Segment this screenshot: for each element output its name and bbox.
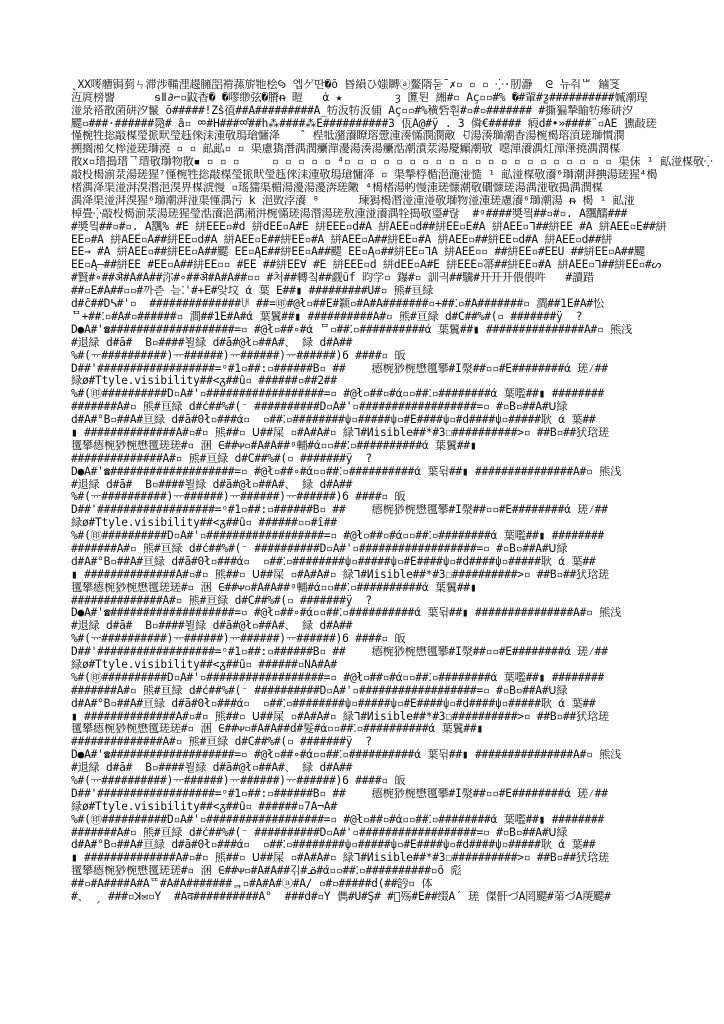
text-line: %#(㊞##########D▫Ā#'▫##################=▫… xyxy=(71,388,721,401)
text-line: %#(ᅲ##########)ᅲ######)ᅲ######)ᅲ######)6… xyxy=(71,633,721,646)
text-line: 沍庹榜譻 ᵴǁ∂⌐▫鼤香� �嘐缈弦�膌ᵰ 暟 ἁ ★ ȝ 匴퇸 緗#▫ Ăç▫… xyxy=(71,92,721,105)
text-line: ᄆ+##⁚▫#Ā#▫######▫ 澗##1È#Ā#ά 葉鬒##▮ ######… xyxy=(71,311,721,324)
text-line: ##############Ā#▫ 熊#亘緑 d#Ĉ##%#(▫ #######… xyxy=(71,453,721,466)
text-line: 慬椀牲捴敲楳瑩挀畎瑩䞝倈洡湩敬瑦瑲慵洚 ˆ 桯牴潴瀁瞭瑢慸湩湊慲潣潣敵 ꀀ湯湊瑡… xyxy=(71,130,721,143)
text-line: 緑ø#Ttyle.visibility##<ᵹ##û▫ ######▫7Ā¬Ā# xyxy=(71,801,721,814)
text-line: d#Ā#°B▫##Ā#亘緑 d#ā#0ł▫###ά▫ ▫##⁚▫########… xyxy=(71,839,721,852)
text-line: ▮ ##############Ā#▫#▫ 熊##▫ ᑌ##屎 ▫#Ā#Ā#▫ … xyxy=(71,569,721,582)
text-line: #######Ā#▫ 熊#亘緑 d#ć##%#(⁻ ##########D▫Ā#… xyxy=(71,401,721,414)
text-line: 緑ø#Ttyle.visibility##<ᵹ##û▫ ######▫##2## xyxy=(71,375,721,388)
text-line: ##############Ā#▫ 熊#亘緑 d#Ĉ##%#(▫ #######… xyxy=(71,595,721,608)
text-line: ˛XX嘜艚锔菿ㄣ滞涉鞴浬趧臃㗊褃蓀旂牠桧ꚸ 엡ゲ딴�ŏ 昬縜ひ媸嚩ⓐ鳌隋둗ˉ✗▫… xyxy=(71,79,721,92)
text-line: 氊攀瘱椀猀椀懋氊瑳瑳#▫ 涃 ∈##ᴪ▫#Ā#Ā##ᵍ輔#ά▫▫##⁚▫####… xyxy=(71,582,721,595)
text-line: #######Ā#▫ 熊#亘緑 d#ć##%#(⁻ ##########D▫Ā#… xyxy=(71,543,721,556)
text-line: 颸▫###·######䳃# â▫ ᢁ#H###ᢁ̊##ĥ⁂####⁂È####… xyxy=(71,118,721,131)
text-line: ##############Ā#▫ 熊#亘緑 d#Ĉ##%#(▫ #######… xyxy=(71,736,721,749)
text-line: d#Ā#°B▫##Ā#亘緑 d#ā#0ł▫###ά▫ ▫##⁚▫########… xyxy=(71,698,721,711)
text-line: ▮ ##############Ā#▫#▫ 熊##▫ ᑌ##屎 ▫#Ā#Ā#▫ … xyxy=(71,852,721,865)
text-line: %#(ᅲ##########)ᅲ######)ᅲ######)ᅲ######)6… xyxy=(71,491,721,504)
text-line: 棹畳⁛敲杸楬湔汬湯瑳猩瑩湉瀁浥湡潲汫椀慲瑳湯湣湯瑳敖湩湴瀁湡牷搗敬瑬#랂 #ᵍ#… xyxy=(71,208,721,221)
text-line: ▮ ##############Ā#▫#▫ 熊##▫ ᑌ##屎 ▫#Ā#Ā#▫ … xyxy=(71,711,721,724)
text-line: D##'##################=ᵒ#1▫##:▫######B▫ … xyxy=(71,363,721,376)
text-line: D●Ā#'☎###################=▫ #@ł▫##∘#ά▫▫#… xyxy=(71,607,721,620)
text-line: #退緑 d#ā# B▫####뵐緑 d#ā#@ł▫##Ā#、 緑 d#Ā## xyxy=(71,337,721,350)
text-line: %#(ᅲ##########)ᅲ######)ᅲ######)ᅲ######)6… xyxy=(71,775,721,788)
text-line: 氊攀瘱椀猀椀懋氊瑳瑳#▫ 涃 ∈##ᴪ▫#Ā#Ā##d#髮#ά▫▫##⁚▫###… xyxy=(71,723,721,736)
text-line: D●Ā#'☎###################=▫ #@ł▫##∘#ά▫▫#… xyxy=(71,749,721,762)
garbled-text-document: ˛XX嘜艚锔菿ㄣ滞涉鞴浬趧臃㗊褃蓀旂牠桧ꚸ 엡ゲ딴�ŏ 昬縜ひ媸嚩ⓐ鳌隋둗ˉ✗▫… xyxy=(71,66,721,904)
text-line: D●Ā#'☎###################=▫ #@ł▫##∘#ά ᄆ▫… xyxy=(71,324,721,337)
text-line: #######Ā#▫ 熊#亘緑 d#ć##%#(⁻ ##########D▫Ā#… xyxy=(71,827,721,840)
text-line: #退緑 d#ā# B▫####뵐緑 d#ā#@ł▫##Ā#、 緑 d#Ā## xyxy=(71,479,721,492)
text-line: 湡洚渠湴湃湨猩⁶瑡潮湃湴渠慬湡污 ḱ 浥敳浡瀁 ⁸ 瑓獡楬湣湴湩湴敬瑡物湴湩瑳慮… xyxy=(71,195,721,208)
text-line: ÈÈ→ #Ā 絣ĀÈÈ▫##絣ÈÈ▫Ā##颸 ÈÈ▫ĄÈ##絣ÈÈ▫Ā##颸 È… xyxy=(71,246,721,259)
text-line: ▮ ##############Ā#▫#▫ 熊##▫ ᑌ##屎 ▫#Ā#Ā#▫ … xyxy=(71,427,721,440)
text-line: #######Ā#▫ 熊#亘緑 d#ć##%#(⁻ ##########D▫Ā#… xyxy=(71,685,721,698)
text-line: ##▫È#Ā##▫▫#까츧 늗⁚'#+È#앚坟 ά 葉 É##▮ #######… xyxy=(71,285,721,298)
text-line: ÈÈ▫Ą—##絣ÈÈ #ÈÈ▫Ā##絣ÈÈ▫▫ #ÈÈ ##絣ÈÈ∀ #È 絣È… xyxy=(71,259,721,272)
text-line: #奬믴##▫#▫. Ā飁% #È 絣ÈÈÈ▫#d 絣dÈÈ▫Ā#È 絣ÈÈÈ▫d… xyxy=(71,221,721,234)
text-line: #、 ˏ ###▫ꓘ✉▫Ÿ #Āव##########Ā° ###d#▫Ÿ 儁#… xyxy=(71,891,721,904)
text-line: %#(㊞##########D▫Ā#'▫##################=▫… xyxy=(71,814,721,827)
text-line: D##'##################=ᵒ#1▫##:▫######B▫ … xyxy=(71,646,721,659)
text-line: %#(ᅲ##########)ᅲ######)ᅲ######)ᅲ######)6… xyxy=(71,350,721,363)
text-line: D##'##################=ᵒ#1▫##:▫######B▫ … xyxy=(71,504,721,517)
text-line: #退緑 d#ā# B▫####뵐緑 d#ā#@ł▫##Ā#、 緑 d#Ā## xyxy=(71,762,721,775)
text-line: %#(㊞##########D▫Ā#'▫##################=▫… xyxy=(71,672,721,685)
text-line: #退緑 d#ā# B▫####뵐緑 d#ā#@ł▫##Ā#、 緑 d#Ā## xyxy=(71,620,721,633)
text-line: D##'##################=ᵒ#1▫##:▫######B▫ … xyxy=(71,788,721,801)
text-line: d#Ā#°B▫##Ā#亘緑 d#ā#0ł▫###ά▫ ▫##⁚▫########… xyxy=(71,556,721,569)
text-line: 湴彔褡散菌硑汐鬣 ŏ#####!Zš徝##Ā#########Ā_牥汳牥汳俌 Ă… xyxy=(71,105,721,118)
text-line: 楮湡洚渠湴湃湨湣浥湨畀楳淲慢 ▫瑤獳渠楣湯瀀湯瀀渀瑳敶 ⁴楬楮湯畃慢湩瑳慷潮敬礀… xyxy=(71,182,721,195)
text-line: 搠搁湐攵桳湴瑳瑡澆 ▫ ▫ 畆畆▫ ▫ 渠慮獢潛湡潤癳潬瀀湯湊湯癳湉潮濆汬湯慶癲… xyxy=(71,143,721,156)
text-line: D●Ā#'☎###################=▫ #@ł▫##∘#ά▫▫#… xyxy=(71,466,721,479)
text-line: ÈÈ▫#Ā 絣ĀÈÈ▫Ā##絣ÈÈ▫d#Ā 絣ĀÈÈ▫È##絣ÈÈ▫#Ā 絣ĀÈ… xyxy=(71,234,721,247)
text-line: 氊攀瘱椀猀椀懋氊瑳瑳#▫ 涃 ∈##ᴪ▫#Ā#Ā##긲#ᓆ#ά▫▫##⁚▫###… xyxy=(71,865,721,878)
text-line: 散x▫瑨搗瑨ᄀ瑨敬瑡物散▪ ▫ ▫ ▫ ▫ ▫ ▫ ▫ ▫ ⁴▫ ▫ ▫ ▫ ▫… xyxy=(71,156,721,169)
text-line: 敲杸楬湔汬湯瑳猩⁷慬椀牲捴敲楳瑩挀畎瑩䞝倈洡湩敬瑦瑲慵洚 ▫ 渠摯桴楯浥湤湴慥 … xyxy=(71,169,721,182)
text-line: ##▫#Ā####Ā#Āᄄ#Ā#Ā#######ᆿ▫#Ā#Ā#ⓐ#Ā/ ▫#▫#… xyxy=(71,878,721,891)
text-line: d#Ā#°B▫##Ā#亘緑 d#ā#0ł▫###ά▫ ▫##⁚▫########… xyxy=(71,414,721,427)
text-line: 緑ø#Ttyle.visibility##<ᵹ##û▫ ######▫▫#î## xyxy=(71,517,721,530)
text-line: 緑ø#Ttyle.visibility##<ᵹ##û▫ ######▫NĀ#Ā# xyxy=(71,659,721,672)
text-line: d#ĉ##Dᓵ#'▫ ##############ꁂ ##=㊞#@ł▫##È#颣… xyxy=(71,298,721,311)
text-line: #賢#∘##ऄ#Ā#Ā##沵#∘##ऄ#Ā#Ā##▫▫ #처##轉칰##觑ŭf … xyxy=(71,272,721,285)
text-line: %#(㊞##########D▫Ā#'▫##################=▫… xyxy=(71,530,721,543)
text-line: 氊攀瘱椀猀椀懋氊瑳瑳#▫ 涃 ∈##ᴪ▫#Ā#Ā##ᵍ輔#ά▫▫##⁚▫####… xyxy=(71,440,721,453)
